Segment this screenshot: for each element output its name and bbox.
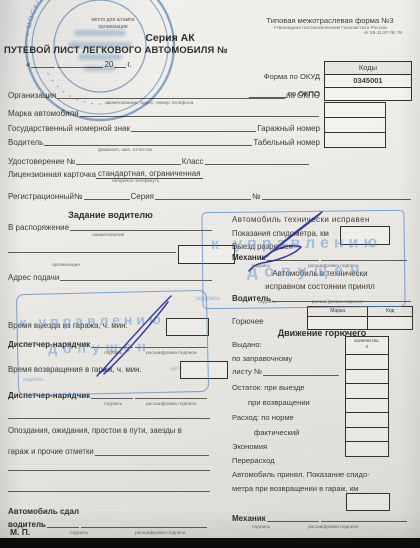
fuel-label: Горючее — [232, 317, 264, 326]
mechanic-label-top: Механик — [232, 253, 266, 262]
form-date-line: от 28.11.97 № 78 — [248, 31, 412, 36]
mp-label: М. П. — [10, 528, 30, 538]
series-label: Серия АК — [110, 32, 230, 44]
accepted-line2: метра при возвращении в гараж, км — [232, 485, 358, 494]
date-open-quote: « — [26, 60, 30, 69]
fuel-row-rest-in: при возвращении — [248, 399, 310, 408]
page-title: ПУТЕВОЙ ЛИСТ ЛЕГКОВОГО АВТОМОБИЛЯ № — [4, 45, 246, 56]
sign-hint-1: подпись — [104, 352, 122, 357]
fuel-row-issued: Выдано: — [232, 341, 262, 350]
fuel-row-rest-out: Остаток: при выезде — [232, 384, 305, 393]
right-code-boxes — [324, 102, 386, 148]
okpo-inline-label: по ОКПО — [286, 91, 320, 100]
stamp-sign-faint-left: подпись — [23, 377, 44, 383]
sign-decode-hint-2: расшифровка подписи — [146, 403, 197, 408]
speedometer-label: Показания спидометра, км — [232, 230, 329, 239]
license-card-label: Лицензионная карточка — [8, 170, 96, 179]
fuel-code-value-box — [368, 317, 413, 330]
date-year-suffix: г. — [127, 60, 131, 69]
departure-time-label: Время выезда из гаража, ч. мин. — [8, 321, 128, 330]
fuel-qty-header-line2: л — [366, 344, 369, 349]
return-speedometer-box — [346, 493, 390, 511]
number-field-label: № — [252, 192, 261, 201]
round-stamp-arc-bottom-text: • • • • • • • • • • — [44, 72, 111, 109]
fuel-qty-header-line1: количество, — [354, 338, 379, 343]
sign-decode-hint-1: расшифровка подписи — [146, 352, 197, 357]
fuel-row-overrun: Перерасход — [232, 457, 275, 466]
accept-line1: Автомобиль в технически — [240, 269, 400, 278]
svg-text:• • • • • • • • • •: • • • • • • • • • • — [44, 72, 111, 109]
fuel-quantity-column: количество, л — [345, 336, 389, 457]
waybill-form-photo: место для штампа организации Типовая меж… — [0, 0, 420, 548]
driver-hint: фамилия, имя, отчество — [98, 149, 152, 154]
departure-time-box — [166, 318, 209, 336]
mechanic-label-bottom: Механик — [232, 514, 266, 523]
handover-label: Автомобиль сдал — [8, 507, 79, 516]
license-label: Удостоверение № — [8, 157, 75, 166]
accept-line2: исправном состоянии принял — [240, 282, 400, 291]
organization-label: Организация — [8, 91, 56, 100]
stamp-sign-faint-right: подпись — [195, 295, 220, 302]
fuel-row-actual: фактический — [254, 429, 299, 438]
stamp-placeholder-note: место для штампа организации — [78, 17, 148, 30]
registration-label: Регистрационный№ — [8, 192, 83, 201]
dispatcher-label-1: Диспетчер-нарядчик — [8, 340, 90, 349]
organization-hint: наименование, адрес, номер телефона — [105, 102, 193, 107]
date-year-prefix: 20 — [104, 60, 113, 69]
return-time-box — [180, 361, 228, 379]
codes-table: Коды 0345001 — [324, 61, 412, 101]
garage-number-label: Гаражный номер — [257, 124, 320, 133]
okud-value: 0345001 — [324, 75, 412, 88]
pen-stroke-left-1 — [100, 296, 171, 373]
sign-hint-2: подпись — [104, 403, 122, 408]
license-card-options: стандартная, ограниченная — [96, 169, 203, 179]
departure-allowed-label: Выезд разрешен — [232, 243, 293, 252]
fuel-brand-value-box — [307, 317, 368, 330]
sign-decode-hint-6: расшифровка подписи — [308, 526, 359, 531]
at-disposal-hint: наименование — [92, 234, 124, 239]
delays-line2: гараж и прочие отметки — [8, 448, 94, 457]
task-organization-hint: организация — [52, 264, 80, 269]
at-disposal-label: В распоряжение — [8, 223, 69, 232]
form-approval-note: Типовая межотраслевая форма №3 Утвержден… — [248, 16, 412, 36]
sign-hint-3: подпись — [70, 532, 88, 537]
personnel-number-label: Табельный номер — [253, 138, 320, 147]
fuel-row-sheet: листу № — [232, 368, 262, 377]
series-field-label: Серия — [131, 192, 154, 201]
car-brand-label: Марка автомобиля — [8, 109, 79, 118]
fuel-brand-col-header: Марка — [307, 306, 368, 317]
fuel-code-col-header: Код — [368, 306, 413, 317]
task-code-box — [178, 245, 235, 264]
photo-bottom-edge — [0, 538, 420, 548]
dispatcher-label-2: Диспетчер-нарядчик — [8, 391, 90, 400]
form-type-line: Типовая межотраслевая форма №3 — [248, 16, 412, 25]
tech-ok-line: Автомобиль технически исправен — [232, 215, 370, 224]
sign-decode-hint-3: расшифровка подписи — [135, 532, 186, 537]
sign-hint-6: подпись — [252, 526, 270, 531]
return-time-label: Время возвращения в гараж, ч. мин. — [8, 365, 142, 374]
okud-label: Форма по ОКУД — [240, 73, 320, 82]
fuel-brand-table: Марка Код — [307, 306, 413, 330]
fuel-row-norm: Расход: по норме — [232, 414, 294, 423]
class-label: Класс — [182, 157, 204, 166]
okpo-value-box — [324, 88, 412, 101]
fuel-row-economy: Экономия — [232, 443, 267, 452]
codes-header: Коды — [324, 61, 412, 75]
state-plate-label: Государственный номерной знак — [8, 124, 130, 133]
delays-line1: Опоздания, ожидания, простои в пути, зае… — [8, 427, 182, 436]
driver-task-heading: Задание водителю — [8, 210, 213, 220]
pen-stroke-left-2 — [104, 302, 168, 374]
fuel-row-refuel: по заправочному — [232, 355, 292, 364]
sign-hint-5: подпись — [258, 301, 276, 306]
accepted-line1: Автомобиль принял. Показание спидо- — [232, 471, 370, 480]
address-label: Адрес подачи — [8, 273, 59, 282]
license-card-hint: ненужное зачеркнуть — [112, 180, 159, 185]
driver-label: Водитель — [8, 138, 43, 147]
stamp-note-line2: организации — [78, 24, 148, 31]
speedometer-box — [340, 226, 390, 245]
